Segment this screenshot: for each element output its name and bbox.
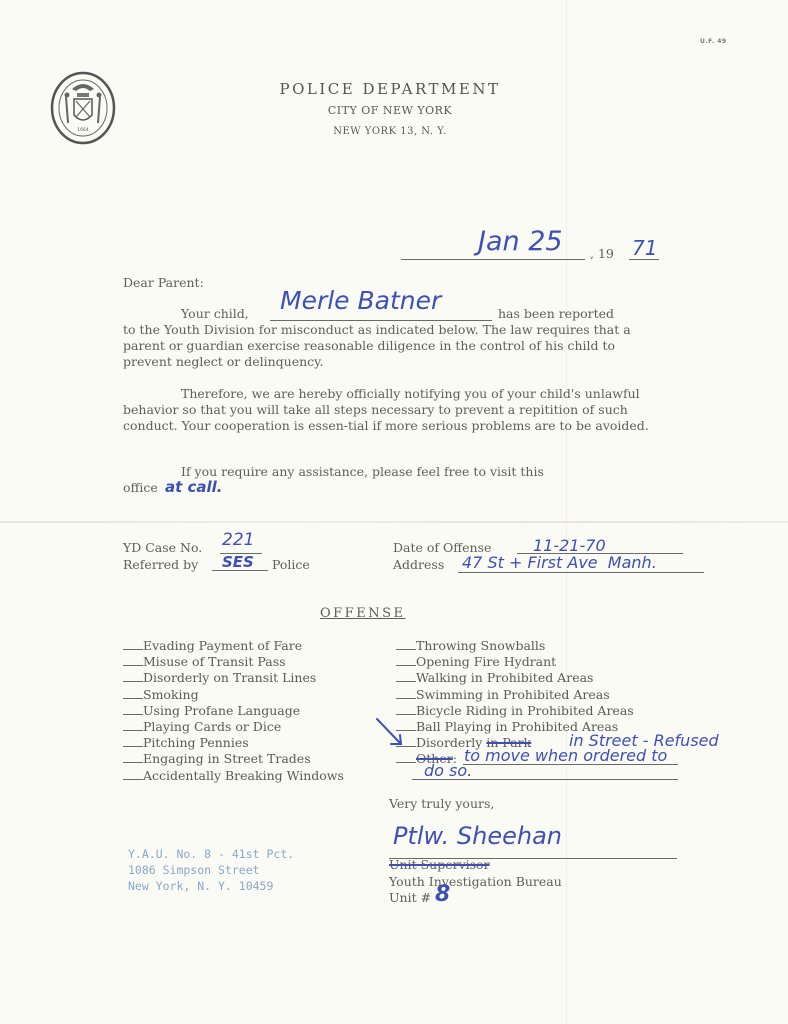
paper-fold-horizontal <box>0 521 788 523</box>
referred-by-handwritten: SES <box>222 553 254 571</box>
case-no-handwritten: 221 <box>222 530 254 550</box>
offense-checkbox[interactable] <box>123 639 143 650</box>
department-address: NEW YORK 13, N. Y. <box>0 126 780 137</box>
unit-address-stamp: Y.A.U. No. 8 - 41st Pct. 1086 Simpson St… <box>128 846 294 894</box>
date-line <box>401 259 585 260</box>
city-subtitle: CITY OF NEW YORK <box>0 104 780 117</box>
offense-checkbox[interactable] <box>123 655 143 666</box>
form-code: U.F. 49 <box>700 38 727 45</box>
unit-number-handwritten: 8 <box>435 882 450 907</box>
offense-item[interactable]: Smoking <box>123 687 344 703</box>
date-year-prefix: , 19 <box>590 246 614 262</box>
other-handwritten-2: do so. <box>424 761 472 780</box>
offense-checkbox[interactable] <box>123 671 143 682</box>
offense-checkbox[interactable] <box>396 639 416 650</box>
offense-checkbox[interactable] <box>123 769 143 780</box>
offense-checkbox[interactable] <box>123 736 143 747</box>
offense-item[interactable]: Accidentally Breaking Windows <box>123 768 344 784</box>
valediction: Very truly yours, <box>389 796 494 812</box>
offense-item[interactable]: Playing Cards or Dice <box>123 719 344 735</box>
offense-item[interactable]: Bicycle Riding in Prohibited Areas <box>396 703 634 719</box>
stamp-line-2: 1086 Simpson Street <box>128 862 294 878</box>
stamp-line-3: New York, N. Y. 10459 <box>128 878 294 894</box>
offense-checkbox[interactable] <box>396 671 416 682</box>
offense-checkbox[interactable] <box>123 720 143 731</box>
offense-checkbox[interactable] <box>123 752 143 763</box>
your-child-label: Your child, <box>181 306 249 322</box>
signature-handwritten: Ptlw. Sheehan <box>393 822 562 850</box>
offense-checkbox[interactable] <box>396 655 416 666</box>
offense-checkbox[interactable] <box>123 704 143 715</box>
paragraph-1-body: to the Youth Division for misconduct as … <box>123 322 653 370</box>
child-name-line <box>270 320 492 321</box>
offense-heading: OFFENSE <box>320 606 405 622</box>
offense-item[interactable]: Misuse of Transit Pass <box>123 654 344 670</box>
check-mark-icon <box>374 716 414 750</box>
offense-checkbox[interactable] <box>396 752 416 763</box>
date-handwritten: Jan 25 <box>478 226 563 257</box>
offense-checkbox[interactable] <box>396 704 416 715</box>
offense-item[interactable]: Pitching Pennies <box>123 735 344 751</box>
office-text: office <box>123 480 158 496</box>
offense-checkbox[interactable] <box>396 688 416 699</box>
child-name-handwritten: Merle Batner <box>280 286 441 315</box>
referred-by-label: Referred by <box>123 557 198 573</box>
offense-item[interactable]: Using Profane Language <box>123 703 344 719</box>
referred-police-label: Police <box>272 557 310 573</box>
offense-item[interactable]: Engaging in Street Trades <box>123 751 344 767</box>
department-title: POLICE DEPARTMENT <box>0 80 780 98</box>
reported-text: has been reported <box>498 306 614 322</box>
offense-item[interactable]: Opening Fire Hydrant <box>396 654 634 670</box>
address-handwritten: 47 St + First Ave Manh. <box>462 553 657 572</box>
struck-unit-supervisor: Unit Supervisor <box>389 857 490 873</box>
paragraph-2: Therefore, we are hereby officially noti… <box>123 386 653 434</box>
bureau-name: Youth Investigation Bureau <box>389 874 562 890</box>
salutation: Dear Parent: <box>123 275 204 291</box>
unit-label: Unit # <box>389 890 431 906</box>
offense-left-column: Evading Payment of Fare Misuse of Transi… <box>123 638 344 784</box>
case-no-label: YD Case No. <box>123 540 202 556</box>
offense-item[interactable]: Walking in Prohibited Areas <box>396 670 634 686</box>
address-line <box>458 572 704 573</box>
offense-item[interactable]: Evading Payment of Fare <box>123 638 344 654</box>
date-year-handwritten: 71 <box>632 236 657 260</box>
other-handwritten-1: to move when ordered to <box>464 746 667 765</box>
stamp-line-1: Y.A.U. No. 8 - 41st Pct. <box>128 846 294 862</box>
paper-fold-vertical <box>566 0 567 1024</box>
office-handwritten: at call. <box>165 478 223 496</box>
offense-item[interactable]: Disorderly on Transit Lines <box>123 670 344 686</box>
offense-item[interactable]: Throwing Snowballs <box>396 638 634 654</box>
offense-checkbox[interactable] <box>123 688 143 699</box>
address-label: Address <box>393 557 444 573</box>
offense-item[interactable]: Swimming in Prohibited Areas <box>396 687 634 703</box>
